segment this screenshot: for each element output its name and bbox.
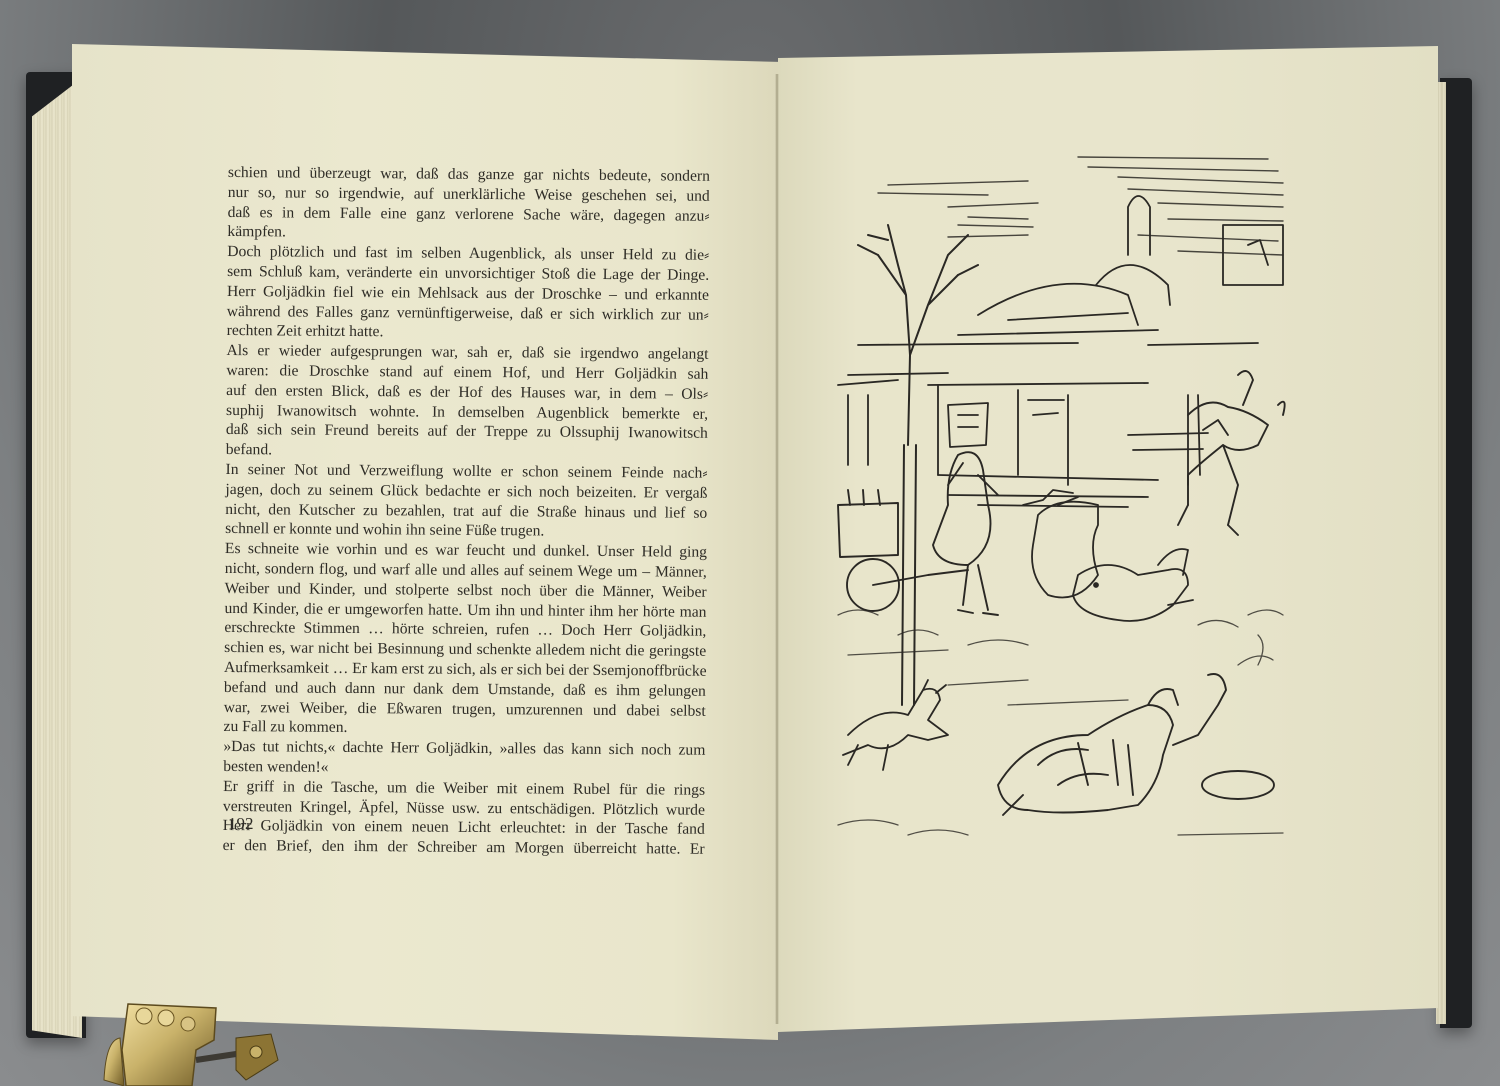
illustration (828, 145, 1288, 845)
body-text: schien und überzeugt war, daß das ganze … (223, 163, 710, 860)
text-line: er den Brief, den ihm der Schreiber am M… (223, 836, 705, 860)
book-gutter (775, 74, 779, 1024)
brass-page-clip[interactable] (96, 980, 316, 1086)
brass-hand-clip-icon (96, 980, 316, 1086)
photo-scene: schien und überzeugt war, daß das ganze … (0, 0, 1500, 1086)
ink-drawing-icon (828, 145, 1288, 845)
text-line: daß sich sein Freund bereits auf der Tre… (226, 420, 708, 444)
page-number: 192 (228, 814, 254, 834)
